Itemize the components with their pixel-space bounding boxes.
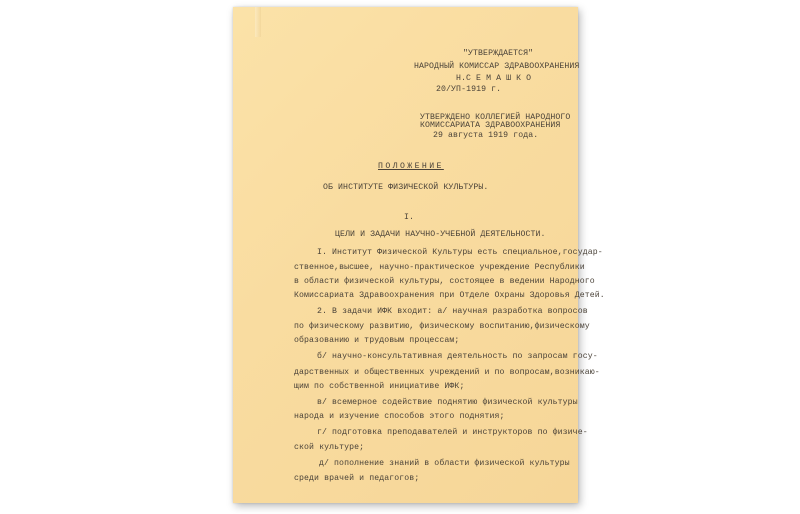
body-line: щим по собственной инициативе ИФК; — [294, 382, 464, 392]
board-approval-line2: КОМИССАРИАТА ЗДРАВООХРАНЕНИЯ — [420, 122, 560, 130]
body-line: образованию и трудовым процессам; — [294, 336, 459, 346]
section-title: ЦЕЛИ И ЗАДАЧИ НАУЧНО-УЧЕБНОЙ ДЕЯТЕЛЬНОСТ… — [335, 230, 546, 240]
body-line: ственное,высшее, научно-практическое учр… — [294, 263, 585, 273]
paper-crease — [255, 7, 261, 37]
document-page: "УТВЕРЖДАЕТСЯ" НАРОДНЫЙ КОМИССАР ЗДРАВОО… — [233, 7, 578, 503]
body-line: народа и изучение способов этого подняти… — [294, 412, 505, 422]
body-line: 2. В задачи ИФК входит: а/ научная разра… — [317, 307, 588, 317]
section-number: I. — [404, 213, 414, 223]
document-subtitle: ОБ ИНСТИТУТЕ ФИЗИЧЕСКОЙ КУЛЬТУРЫ. — [323, 183, 488, 193]
body-line: среди врачей и педагогов; — [294, 474, 419, 484]
body-line: в области физической культуры, состоящее… — [294, 277, 595, 287]
body-line: дарственных и общественных учреждений и … — [294, 368, 600, 378]
board-approval-line3: 29 августа 1919 года. — [433, 131, 538, 141]
body-line: I. Институт Физической Культуры есть спе… — [317, 248, 603, 258]
approved-label: "УТВЕРЖДАЕТСЯ" — [463, 49, 533, 59]
body-line: по физическому развитию, физическому вос… — [294, 322, 590, 332]
commissar-title: НАРОДНЫЙ КОМИССАР ЗДРАВООХРАНЕНИЯ — [414, 62, 579, 72]
commissar-name: Н.С Е М А Ш К О — [456, 74, 531, 84]
body-line: в/ всемерное содействие поднятию физичес… — [317, 398, 578, 408]
approval-date: 20/УП-1919 г. — [436, 85, 501, 95]
body-line: Комиссариата Здравоохранения при Отделе … — [294, 291, 605, 301]
body-line: б/ научно-консультативная деятельность п… — [317, 352, 598, 362]
body-line: д/ пополнение знаний в области физическо… — [319, 459, 570, 469]
body-line: ской культуре; — [294, 443, 364, 453]
body-line: г/ подготовка преподавателей и инструкто… — [317, 428, 588, 438]
document-title: ПОЛОЖЕНИЕ — [378, 162, 444, 172]
